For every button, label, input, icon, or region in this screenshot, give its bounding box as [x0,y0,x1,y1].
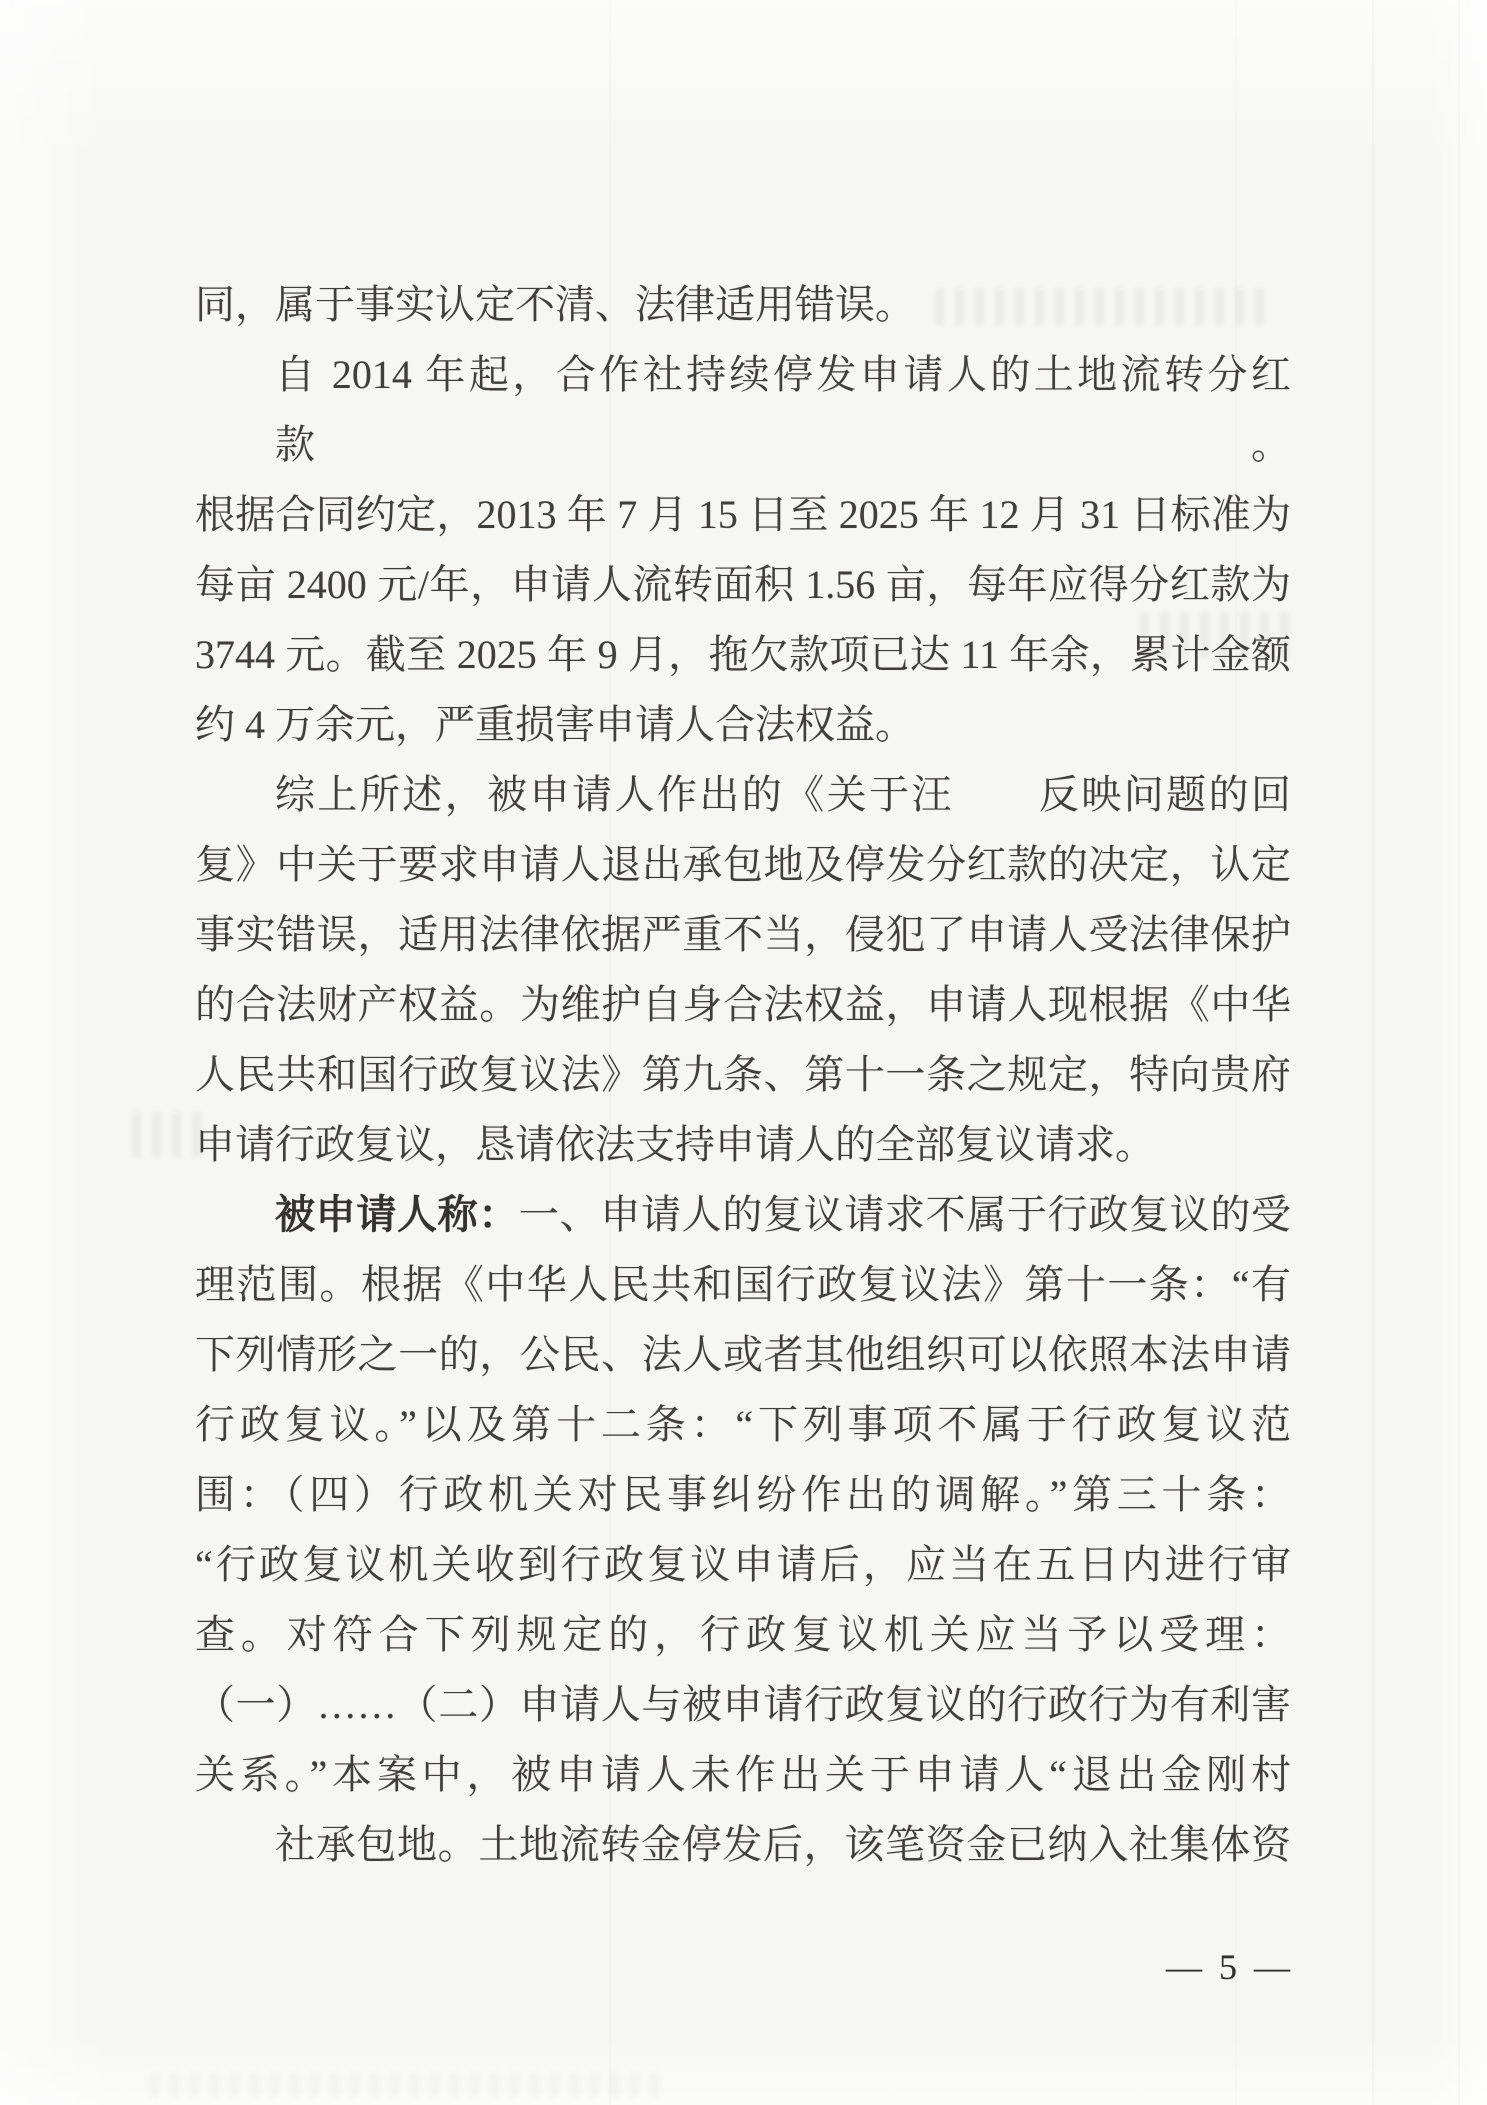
ink-bleed-ghost [132,1112,204,1158]
text-line-bold-prefix: 被申请人称： [275,1192,519,1237]
text-line-content: 事实错误，适用法律依据严重不当，侵犯了申请人受法律保护 [195,912,1291,957]
text-line-content: 理范围。根据《中华人民共和国行政复议法》第十一条：“有 [195,1262,1291,1307]
scanned-document-page: 同，属于事实认定不清、法律适用错误。自 2014 年起，合作社持续停发申请人的土… [0,0,1487,2105]
text-line: 约 4 万余元，严重损害申请人合法权益。 [195,690,1291,760]
paper-light-top [0,0,1487,160]
paper-light-right [1427,0,1487,2105]
text-line: 理范围。根据《中华人民共和国行政复议法》第十一条：“有 [195,1250,1291,1320]
paper-light-left [0,0,110,2105]
document-text: 同，属于事实认定不清、法律适用错误。自 2014 年起，合作社持续停发申请人的土… [195,270,1291,1880]
text-line: 社承包地。土地流转金停发后，该笔资金已纳入社集体资 [195,1810,1291,1880]
text-line: “行政复议机关收到行政复议申请后，应当在五日内进行审 [195,1530,1291,1600]
text-line-content: 人民共和国行政复议法》第九条、第十一条之规定，特向贵府 [195,1052,1291,1097]
ink-bleed-ghost [150,2072,670,2098]
text-line-content: 下列情形之一的，公民、法人或者其他组织可以依照本法申请 [195,1332,1291,1377]
text-line: 人民共和国行政复议法》第九条、第十一条之规定，特向贵府 [195,1040,1291,1110]
text-line-content: 自 2014 年起，合作社持续停发申请人的土地流转分红款。 [275,352,1291,467]
scan-crease [1458,0,1460,2105]
text-line-content: “行政复议机关收到行政复议申请后，应当在五日内进行审 [195,1542,1291,1587]
text-line: 下列情形之一的，公民、法人或者其他组织可以依照本法申请 [195,1320,1291,1390]
text-line-content: 3744 元。截至 2025 年 9 月，拖欠款项已达 11 年余，累计金额 [195,632,1291,677]
text-line: 综上所述，被申请人作出的《关于汪 反映问题的回 [195,760,1291,830]
text-line: 围：（四）行政机关对民事纠纷作出的调解。”第三十条： [195,1460,1291,1530]
text-line: 每亩 2400 元/年，申请人流转面积 1.56 亩，每年应得分红款为 [195,550,1291,620]
text-line: 被申请人称：一、申请人的复议请求不属于行政复议的受 [195,1180,1291,1250]
text-line-content: 根据合同约定，2013 年 7 月 15 日至 2025 年 12 月 31 日… [195,492,1291,537]
text-line: 事实错误，适用法律依据严重不当，侵犯了申请人受法律保护 [195,900,1291,970]
text-line-content: （一）……（二）申请人与被申请行政复议的行政行为有利害 [195,1682,1291,1727]
scan-crease [1372,0,1374,2105]
text-line-content: 每亩 2400 元/年，申请人流转面积 1.56 亩，每年应得分红款为 [195,562,1291,607]
text-line-content: 关系。”本案中，被申请人未作出关于申请人“退出金刚村 [195,1752,1291,1797]
paper-light-bottom [0,2035,1487,2105]
text-line: 3744 元。截至 2025 年 9 月，拖欠款项已达 11 年余，累计金额 [195,620,1291,690]
text-line: 自 2014 年起，合作社持续停发申请人的土地流转分红款。 [195,340,1291,480]
text-line-content: 申请行政复议，恳请依法支持申请人的全部复议请求。 [195,1122,1155,1167]
text-line-content: 复》中关于要求申请人退出承包地及停发分红款的决定，认定 [195,842,1291,887]
text-line: 同，属于事实认定不清、法律适用错误。 [195,270,1291,340]
text-line: 的合法财产权益。为维护自身合法权益，申请人现根据《中华 [195,970,1291,1040]
text-line-content: 社承包地。土地流转金停发后，该笔资金已纳入社集体资 [275,1822,1291,1867]
text-line: 根据合同约定，2013 年 7 月 15 日至 2025 年 12 月 31 日… [195,480,1291,550]
text-line-content: 约 4 万余元，严重损害申请人合法权益。 [195,702,915,747]
text-line-content: 查。对符合下列规定的，行政复议机关应当予以受理： [195,1612,1291,1657]
text-line: 申请行政复议，恳请依法支持申请人的全部复议请求。 [195,1110,1291,1180]
text-line-content: 的合法财产权益。为维护自身合法权益，申请人现根据《中华 [195,982,1291,1027]
page-number: — 5 — [1150,1946,1310,1988]
text-line-content: 同，属于事实认定不清、法律适用错误。 [195,282,915,327]
text-line-content: 一、申请人的复议请求不属于行政复议的受 [519,1192,1291,1237]
text-line: 查。对符合下列规定的，行政复议机关应当予以受理： [195,1600,1291,1670]
text-line: 复》中关于要求申请人退出承包地及停发分红款的决定，认定 [195,830,1291,900]
text-line-content: 行政复议。”以及第十二条：“下列事项不属于行政复议范 [195,1402,1291,1447]
text-line: 行政复议。”以及第十二条：“下列事项不属于行政复议范 [195,1390,1291,1460]
text-line: 关系。”本案中，被申请人未作出关于申请人“退出金刚村 [195,1740,1291,1810]
text-line: （一）……（二）申请人与被申请行政复议的行政行为有利害 [195,1670,1291,1740]
text-line-content: 围：（四）行政机关对民事纠纷作出的调解。”第三十条： [195,1472,1291,1517]
text-line-content: 综上所述，被申请人作出的《关于汪 反映问题的回 [275,772,1291,817]
